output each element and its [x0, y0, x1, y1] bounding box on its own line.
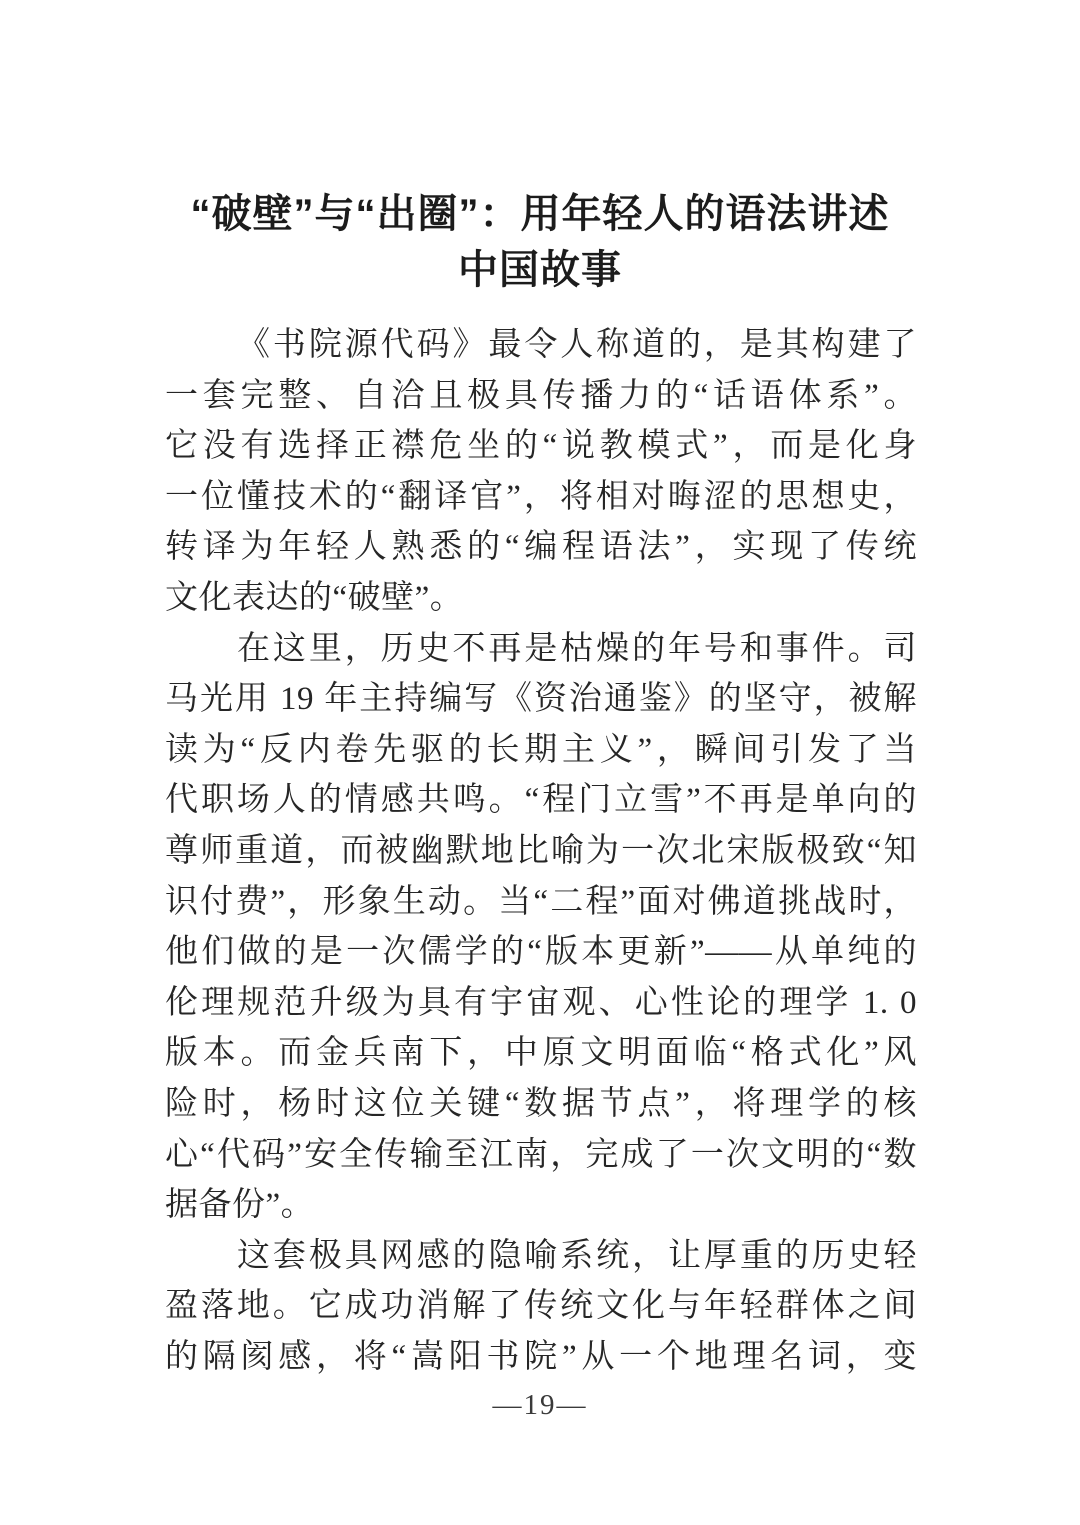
- body-line: 据备份”。: [165, 1180, 917, 1231]
- body-line: 读为“反内卷先驱的长期主义”，瞬间引发了当: [165, 725, 917, 776]
- article-body: 《书院源代码》最令人称道的，是其构建了 一套完整、自洽且极具传播力的“话语体系”…: [165, 320, 917, 1382]
- body-line: 转译为年轻人熟悉的“编程语法”，实现了传统: [165, 522, 917, 573]
- paragraph-1: 《书院源代码》最令人称道的，是其构建了 一套完整、自洽且极具传播力的“话语体系”…: [165, 320, 917, 624]
- page-number: —19—: [0, 1388, 1080, 1422]
- body-line: 识付费”，形象生动。当“二程”面对佛道挑战时，: [165, 877, 917, 928]
- body-line: 《书院源代码》最令人称道的，是其构建了: [165, 320, 917, 371]
- paragraph-3: 这套极具网感的隐喻系统，让厚重的历史轻 盈落地。它成功消解了传统文化与年轻群体之…: [165, 1231, 917, 1383]
- body-line: 一套完整、自洽且极具传播力的“话语体系”。: [165, 371, 917, 422]
- body-line: 伦理规范升级为具有宇宙观、心性论的理学 1. 0: [165, 978, 917, 1029]
- body-line: 版本。而金兵南下，中原文明面临“格式化”风: [165, 1028, 917, 1079]
- body-line: 的隔阂感，将“嵩阳书院”从一个地理名词，变: [165, 1332, 917, 1383]
- body-line: 它没有选择正襟危坐的“说教模式”，而是化身: [165, 421, 917, 472]
- paragraph-2: 在这里，历史不再是枯燥的年号和事件。司 马光用 19 年主持编写《资治通鉴》的坚…: [165, 624, 917, 1231]
- body-line: 盈落地。它成功消解了传统文化与年轻群体之间: [165, 1281, 917, 1332]
- body-line: 险时，杨时这位关键“数据节点”，将理学的核: [165, 1079, 917, 1130]
- body-line: 文化表达的“破壁”。: [165, 573, 917, 624]
- body-line: 代职场人的情感共鸣。“程门立雪”不再是单向的: [165, 775, 917, 826]
- body-line: 马光用 19 年主持编写《资治通鉴》的坚守，被解: [165, 674, 917, 725]
- body-line: 他们做的是一次儒学的“版本更新”——从单纯的: [165, 927, 917, 978]
- body-line: 这套极具网感的隐喻系统，让厚重的历史轻: [165, 1231, 917, 1282]
- page-title: “破壁”与“出圈”：用年轻人的语法讲述 中国故事: [0, 186, 1080, 298]
- body-line: 尊师重道，而被幽默地比喻为一次北宋版极致“知: [165, 826, 917, 877]
- title-line-1: “破壁”与“出圈”：用年轻人的语法讲述: [0, 186, 1080, 242]
- body-line: 在这里，历史不再是枯燥的年号和事件。司: [165, 624, 917, 675]
- title-line-2: 中国故事: [0, 242, 1080, 298]
- body-line: 心“代码”安全传输至江南，完成了一次文明的“数: [165, 1130, 917, 1181]
- body-line: 一位懂技术的“翻译官”，将相对晦涩的思想史，: [165, 472, 917, 523]
- document-page: “破壁”与“出圈”：用年轻人的语法讲述 中国故事 《书院源代码》最令人称道的，是…: [0, 0, 1080, 1525]
